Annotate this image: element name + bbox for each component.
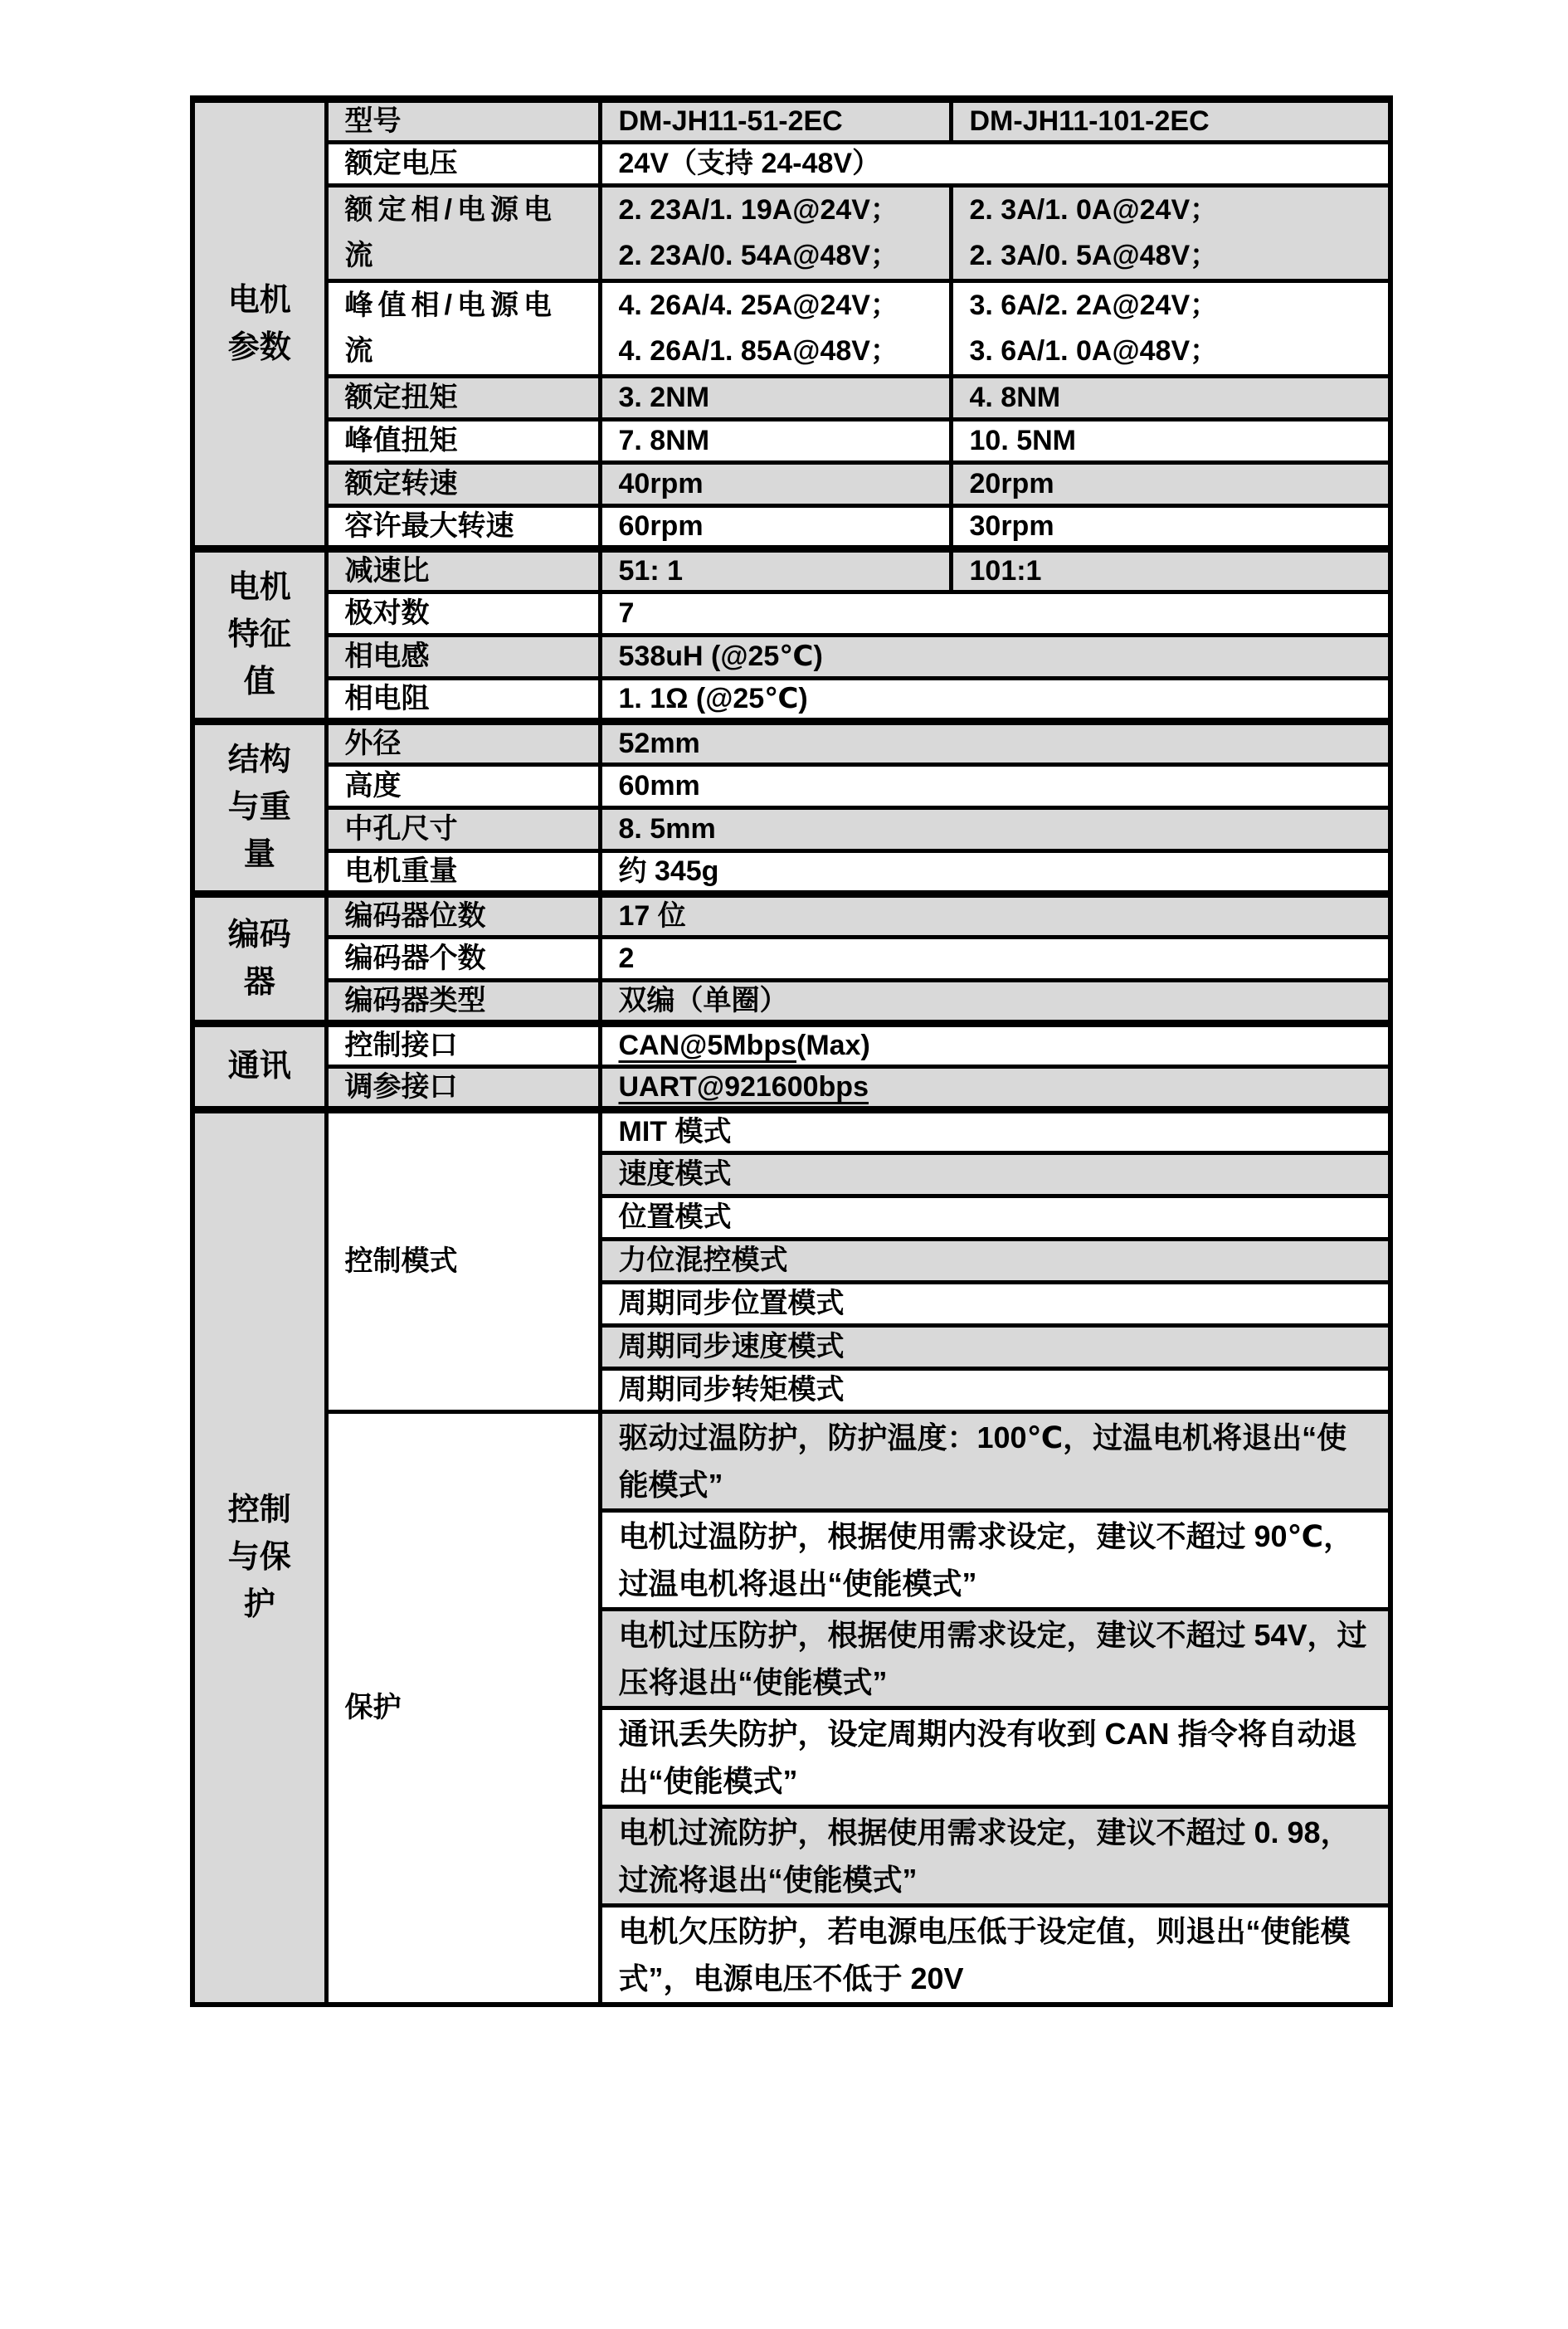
value-peak-torque-51: 7. 8NM — [600, 420, 951, 463]
table-row: 保护 驱动过温防护，防护温度：100℃，过温电机将退出“使能模式” — [192, 1412, 1390, 1511]
row-label-rated-speed: 额定转速 — [326, 463, 600, 506]
row-label-encoder-bits: 编码器位数 — [326, 894, 600, 938]
row-label-center-hole: 中孔尺寸 — [326, 808, 600, 851]
table-row: 额定扭矩 3. 2NM 4. 8NM — [192, 377, 1390, 420]
group-label-encoder: 编码 器 — [192, 894, 326, 1024]
value-encoder-count: 2 — [600, 938, 1390, 981]
value-phase-inductance: 538uH (@25℃) — [600, 636, 1390, 679]
table-row: 高度 60mm — [192, 765, 1390, 808]
row-label-pole-pairs: 极对数 — [326, 592, 600, 636]
table-row: 电机重量 约 345g — [192, 851, 1390, 894]
value-protection-comm-loss: 通讯丢失防护，设定周期内没有收到 CAN 指令将自动退出“使能模式” — [600, 1708, 1390, 1807]
value-rated-current-101: 2. 3A/1. 0A@24V； 2. 3A/0. 5A@48V； — [951, 186, 1390, 281]
value-phase-resistance: 1. 1Ω (@25℃) — [600, 679, 1390, 722]
value-peak-torque-101: 10. 5NM — [951, 420, 1390, 463]
value-line: 2. 23A/0. 54A@48V； — [619, 233, 936, 279]
row-label-control-mode: 控制模式 — [326, 1110, 600, 1412]
value-line: 4. 26A/1. 85A@48V； — [619, 329, 936, 374]
row-label-outer-diameter: 外径 — [326, 722, 600, 765]
table-row: 峰值相/电源电流 4. 26A/4. 25A@24V； 4. 26A/1. 85… — [192, 281, 1390, 377]
row-label-model: 型号 — [326, 100, 600, 143]
value-protection-motor-overtemp: 电机过温防护，根据使用需求设定，建议不超过 90℃，过温电机将退出“使能模式” — [600, 1511, 1390, 1610]
table-row: 额定转速 40rpm 20rpm — [192, 463, 1390, 506]
value-center-hole: 8. 5mm — [600, 808, 1390, 851]
value-suffix: (Max) — [796, 1030, 870, 1061]
value-height: 60mm — [600, 765, 1390, 808]
value-peak-current-51: 4. 26A/4. 25A@24V； 4. 26A/1. 85A@48V； — [600, 281, 951, 377]
row-label-encoder-type: 编码器类型 — [326, 981, 600, 1024]
table-row: 调参接口 UART@921600bps — [192, 1067, 1390, 1110]
value-protection-overcurrent: 电机过流防护，根据使用需求设定，建议不超过 0. 98，过流将退出“使能模式” — [600, 1807, 1390, 1906]
value-rated-torque-101: 4. 8NM — [951, 377, 1390, 420]
value-mode-force-position: 力位混控模式 — [600, 1240, 1390, 1283]
table-row: 电机 特征 值 减速比 51: 1 101:1 — [192, 549, 1390, 592]
value-rated-current-51: 2. 23A/1. 19A@24V； 2. 23A/0. 54A@48V； — [600, 186, 951, 281]
table-row: 编码 器 编码器位数 17 位 — [192, 894, 1390, 938]
value-mode-cst: 周期同步转矩模式 — [600, 1369, 1390, 1412]
table-row: 编码器类型 双编（单圈） — [192, 981, 1390, 1024]
value-mode-position: 位置模式 — [600, 1196, 1390, 1240]
group-label-motor-characteristics: 电机 特征 值 — [192, 549, 326, 722]
section-structure-weight: 结构 与重 量 外径 52mm 高度 60mm 中孔尺寸 8. 5mm 电机重量… — [192, 722, 1390, 894]
table-row: 峰值扭矩 7. 8NM 10. 5NM — [192, 420, 1390, 463]
section-communication: 通讯 控制接口 CAN@5Mbps(Max) 调参接口 UART@921600b… — [192, 1024, 1390, 1110]
value-encoder-type: 双编（单圈） — [600, 981, 1390, 1024]
group-label-control-protection: 控制 与保 护 — [192, 1110, 326, 2005]
table-row: 容许最大转速 60rpm 30rpm — [192, 506, 1390, 549]
row-label-gear-ratio: 减速比 — [326, 549, 600, 592]
row-label-rated-current: 额定相/电源电流 — [326, 186, 600, 281]
value-max-speed-51: 60rpm — [600, 506, 951, 549]
row-label-phase-inductance: 相电感 — [326, 636, 600, 679]
value-protection-overvoltage: 电机过压防护，根据使用需求设定，建议不超过 54V，过压将退出“使能模式” — [600, 1610, 1390, 1708]
motor-spec-table: 电机 参数 型号 DM-JH11-51-2EC DM-JH11-101-2EC … — [190, 95, 1393, 2007]
row-label-phase-resistance: 相电阻 — [326, 679, 600, 722]
value-mode-mit: MIT 模式 — [600, 1110, 1390, 1153]
table-row: 结构 与重 量 外径 52mm — [192, 722, 1390, 765]
value-rated-speed-51: 40rpm — [600, 463, 951, 506]
value-line: 3. 6A/2. 2A@24V； — [970, 283, 1376, 329]
value-model-101: DM-JH11-101-2EC — [951, 100, 1390, 143]
underlined-value: UART@921600bps — [619, 1071, 869, 1103]
value-gear-ratio-101: 101:1 — [951, 549, 1390, 592]
value-encoder-bits: 17 位 — [600, 894, 1390, 938]
row-label-max-speed: 容许最大转速 — [326, 506, 600, 549]
value-tuning-interface: UART@921600bps — [600, 1067, 1390, 1110]
value-rated-voltage: 24V（支持 24-48V） — [600, 143, 1390, 186]
page: { "colors": { "row_gray": "#d9d9d9", "ro… — [0, 0, 1568, 2329]
table-row: 极对数 7 — [192, 592, 1390, 636]
row-label-control-interface: 控制接口 — [326, 1024, 600, 1067]
value-protection-undervoltage: 电机欠压防护，若电源电压低于设定值，则退出“使能模式”，电源电压不低于 20V — [600, 1906, 1390, 2005]
row-label-rated-voltage: 额定电压 — [326, 143, 600, 186]
value-line: 4. 26A/4. 25A@24V； — [619, 283, 936, 329]
table-row: 通讯 控制接口 CAN@5Mbps(Max) — [192, 1024, 1390, 1067]
table-row: 额定相/电源电流 2. 23A/1. 19A@24V； 2. 23A/0. 54… — [192, 186, 1390, 281]
value-line: 2. 23A/1. 19A@24V； — [619, 188, 936, 233]
value-peak-current-101: 3. 6A/2. 2A@24V； 3. 6A/1. 0A@48V； — [951, 281, 1390, 377]
table-row: 中孔尺寸 8. 5mm — [192, 808, 1390, 851]
value-pole-pairs: 7 — [600, 592, 1390, 636]
value-model-51: DM-JH11-51-2EC — [600, 100, 951, 143]
section-motor-characteristics: 电机 特征 值 减速比 51: 1 101:1 极对数 7 相电感 538uH … — [192, 549, 1390, 722]
value-control-interface: CAN@5Mbps(Max) — [600, 1024, 1390, 1067]
value-mode-csv: 周期同步速度模式 — [600, 1326, 1390, 1369]
table-row: 额定电压 24V（支持 24-48V） — [192, 143, 1390, 186]
table-row: 控制 与保 护 控制模式 MIT 模式 — [192, 1110, 1390, 1153]
value-mode-speed: 速度模式 — [600, 1153, 1390, 1196]
section-encoder: 编码 器 编码器位数 17 位 编码器个数 2 编码器类型 双编（单圈） — [192, 894, 1390, 1024]
table-row: 编码器个数 2 — [192, 938, 1390, 981]
value-outer-diameter: 52mm — [600, 722, 1390, 765]
group-label-communication: 通讯 — [192, 1024, 326, 1110]
group-label-motor-params: 电机 参数 — [192, 100, 326, 549]
group-label-structure-weight: 结构 与重 量 — [192, 722, 326, 894]
value-line: 2. 3A/1. 0A@24V； — [970, 188, 1376, 233]
section-motor-params: 电机 参数 型号 DM-JH11-51-2EC DM-JH11-101-2EC … — [192, 100, 1390, 549]
section-control-protection: 控制 与保 护 控制模式 MIT 模式 速度模式 位置模式 力位混控模式 周期同… — [192, 1110, 1390, 2005]
value-rated-speed-101: 20rpm — [951, 463, 1390, 506]
value-rated-torque-51: 3. 2NM — [600, 377, 951, 420]
table-row: 电机 参数 型号 DM-JH11-51-2EC DM-JH11-101-2EC — [192, 100, 1390, 143]
table-row: 相电阻 1. 1Ω (@25℃) — [192, 679, 1390, 722]
row-label-protection: 保护 — [326, 1412, 600, 2005]
value-gear-ratio-51: 51: 1 — [600, 549, 951, 592]
value-line: 3. 6A/1. 0A@48V； — [970, 329, 1376, 374]
underlined-value: CAN@5Mbps — [619, 1030, 797, 1061]
row-label-peak-current: 峰值相/电源电流 — [326, 281, 600, 377]
value-max-speed-101: 30rpm — [951, 506, 1390, 549]
row-label-rated-torque: 额定扭矩 — [326, 377, 600, 420]
value-mode-csp: 周期同步位置模式 — [600, 1283, 1390, 1326]
value-protection-drive-overtemp: 驱动过温防护，防护温度：100℃，过温电机将退出“使能模式” — [600, 1412, 1390, 1511]
row-label-peak-torque: 峰值扭矩 — [326, 420, 600, 463]
value-motor-weight: 约 345g — [600, 851, 1390, 894]
row-label-encoder-count: 编码器个数 — [326, 938, 600, 981]
value-line: 2. 3A/0. 5A@48V； — [970, 233, 1376, 279]
row-label-tuning-interface: 调参接口 — [326, 1067, 600, 1110]
row-label-motor-weight: 电机重量 — [326, 851, 600, 894]
table-row: 相电感 538uH (@25℃) — [192, 636, 1390, 679]
row-label-height: 高度 — [326, 765, 600, 808]
